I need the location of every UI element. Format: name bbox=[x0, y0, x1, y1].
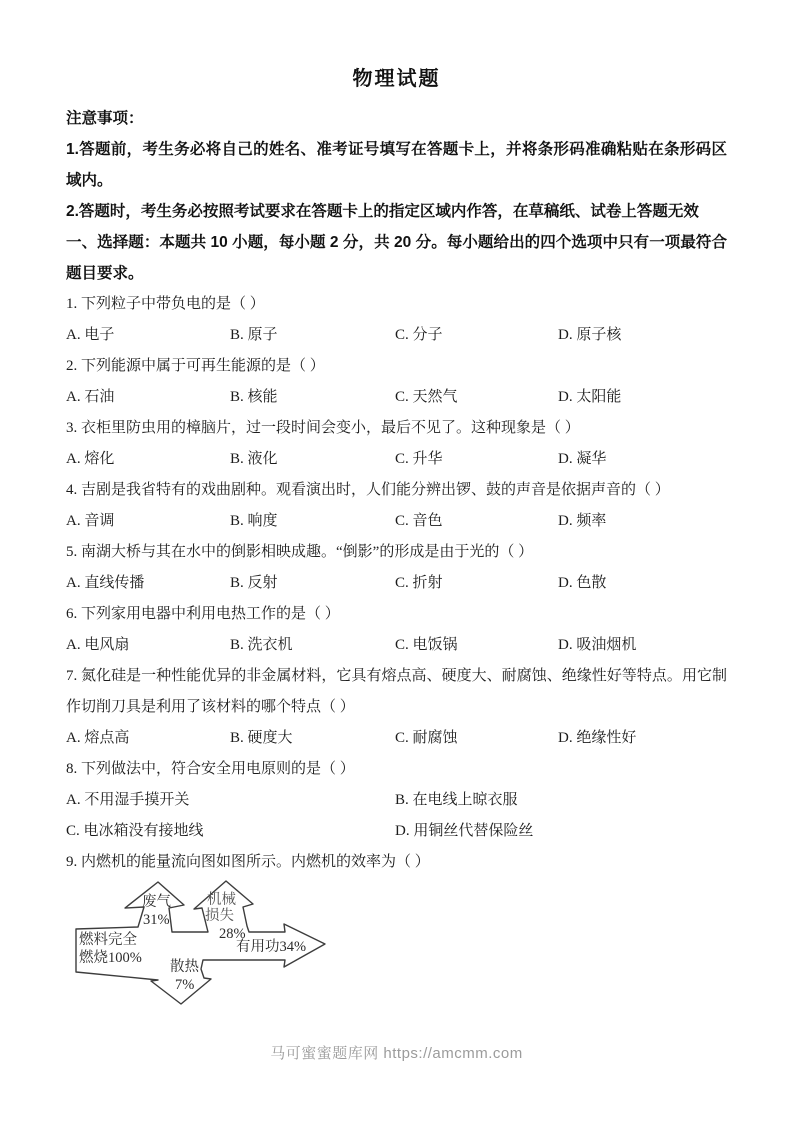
option-4d: D. 频率 bbox=[558, 506, 727, 537]
option-3c: C. 升华 bbox=[395, 444, 558, 475]
option-7b: B. 硬度大 bbox=[230, 723, 395, 754]
heat-dissipation-label: 散热 bbox=[170, 957, 199, 975]
mechanical-loss-label-line2: 损失 bbox=[205, 907, 234, 924]
document-body: 注意事项： 1.答题前，考生务必将自己的姓名、准考证号填写在答题卡上，并将条形码… bbox=[0, 91, 793, 1013]
option-5a: A. 直线传播 bbox=[66, 568, 230, 599]
question-6-stem: 6. 下列家用电器中利用电热工作的是（ ） bbox=[66, 599, 727, 630]
question-2-options: A. 石油 B. 核能 C. 天然气 D. 太阳能 bbox=[66, 382, 727, 413]
option-5d: D. 色散 bbox=[558, 568, 727, 599]
option-6a: A. 电风扇 bbox=[66, 630, 230, 661]
option-7a: A. 熔点高 bbox=[66, 723, 230, 754]
watermark-footer: 马可蜜蜜题库网 https://amcmm.com bbox=[0, 1042, 793, 1063]
option-5b: B. 反射 bbox=[230, 568, 395, 599]
option-7d: D. 绝缘性好 bbox=[558, 723, 727, 754]
option-2a: A. 石油 bbox=[66, 382, 230, 413]
question-3-options: A. 熔化 B. 液化 C. 升华 D. 凝华 bbox=[66, 444, 727, 475]
option-4a: A. 音调 bbox=[66, 506, 230, 537]
fuel-label-line2: 燃烧100% bbox=[79, 948, 142, 966]
option-2c: C. 天然气 bbox=[395, 382, 558, 413]
option-1a: A. 电子 bbox=[66, 320, 230, 351]
option-6d: D. 吸油烟机 bbox=[558, 630, 727, 661]
option-3a: A. 熔化 bbox=[66, 444, 230, 475]
option-1c: C. 分子 bbox=[395, 320, 558, 351]
question-4-stem: 4. 吉剧是我省特有的戏曲剧种。观看演出时，人们能分辨出锣、鼓的声音是依据声音的… bbox=[66, 475, 727, 506]
question-6-options: A. 电风扇 B. 洗衣机 C. 电饭锅 D. 吸油烟机 bbox=[66, 630, 727, 661]
question-5-options: A. 直线传播 B. 反射 C. 折射 D. 色散 bbox=[66, 568, 727, 599]
question-8-options-row-2: C. 电冰箱没有接地线 D. 用铜丝代替保险丝 bbox=[66, 816, 727, 847]
option-8b: B. 在电线上晾衣服 bbox=[395, 785, 727, 816]
option-4c: C. 音色 bbox=[395, 506, 558, 537]
question-4-options: A. 音调 B. 响度 C. 音色 D. 频率 bbox=[66, 506, 727, 537]
option-4b: B. 响度 bbox=[230, 506, 395, 537]
fuel-label-line1: 燃料完全 bbox=[79, 931, 137, 948]
option-6b: B. 洗衣机 bbox=[230, 630, 395, 661]
option-5c: C. 折射 bbox=[395, 568, 558, 599]
notice-item-2: 2.答题时，考生务必按照考试要求在答题卡上的指定区域内作答，在草稿纸、试卷上答题… bbox=[66, 196, 727, 227]
option-8c: C. 电冰箱没有接地线 bbox=[66, 816, 395, 847]
question-3-stem: 3. 衣柜里防虫用的樟脑片，过一段时间会变小，最后不见了。这种现象是（ ） bbox=[66, 413, 727, 444]
option-6c: C. 电饭锅 bbox=[395, 630, 558, 661]
option-8a: A. 不用湿手摸开关 bbox=[66, 785, 395, 816]
question-7-stem: 7. 氮化硅是一种性能优异的非金属材料，它具有熔点高、硬度大、耐腐蚀、绝缘性好等… bbox=[66, 661, 727, 723]
option-3b: B. 液化 bbox=[230, 444, 395, 475]
question-5-stem: 5. 南湖大桥与其在水中的倒影相映成趣。“倒影”的形成是由于光的（ ） bbox=[66, 537, 727, 568]
useful-work-label: 有用功34% bbox=[236, 938, 306, 955]
exhaust-gas-label: 废气 bbox=[142, 893, 171, 910]
option-1d: D. 原子核 bbox=[558, 320, 727, 351]
option-8d: D. 用铜丝代替保险丝 bbox=[395, 816, 727, 847]
energy-flow-diagram: 燃料完全 燃烧100% 废气 31% 机械 损失 28% 散热 7% 有用功34… bbox=[67, 878, 727, 1013]
page-title: 物理试题 bbox=[0, 0, 793, 91]
question-9-stem: 9. 内燃机的能量流向图如图所示。内燃机的效率为（ ） bbox=[66, 847, 727, 878]
mechanical-loss-label-line1: 机械 bbox=[207, 890, 236, 908]
section-header: 一、选择题：本题共 10 小题，每小题 2 分，共 20 分。每小题给出的四个选… bbox=[66, 227, 727, 289]
option-2b: B. 核能 bbox=[230, 382, 395, 413]
notice-item-1: 1.答题前，考生务必将自己的姓名、准考证号填写在答题卡上，并将条形码准确粘贴在条… bbox=[66, 134, 727, 196]
option-7c: C. 耐腐蚀 bbox=[395, 723, 558, 754]
option-3d: D. 凝华 bbox=[558, 444, 727, 475]
question-1-options: A. 电子 B. 原子 C. 分子 D. 原子核 bbox=[66, 320, 727, 351]
question-1-stem: 1. 下列粒子中带负电的是（ ） bbox=[66, 289, 727, 320]
option-1b: B. 原子 bbox=[230, 320, 395, 351]
notice-heading: 注意事项： bbox=[66, 103, 727, 134]
question-8-options-row-1: A. 不用湿手摸开关 B. 在电线上晾衣服 bbox=[66, 785, 727, 816]
question-7-options: A. 熔点高 B. 硬度大 C. 耐腐蚀 D. 绝缘性好 bbox=[66, 723, 727, 754]
exhaust-gas-value: 31% bbox=[143, 912, 170, 928]
heat-dissipation-value: 7% bbox=[175, 977, 194, 993]
exam-paper-page: 物理试题 注意事项： 1.答题前，考生务必将自己的姓名、准考证号填写在答题卡上，… bbox=[0, 0, 793, 1122]
option-2d: D. 太阳能 bbox=[558, 382, 727, 413]
question-8-stem: 8. 下列做法中，符合安全用电原则的是（ ） bbox=[66, 754, 727, 785]
question-2-stem: 2. 下列能源中属于可再生能源的是（ ） bbox=[66, 351, 727, 382]
